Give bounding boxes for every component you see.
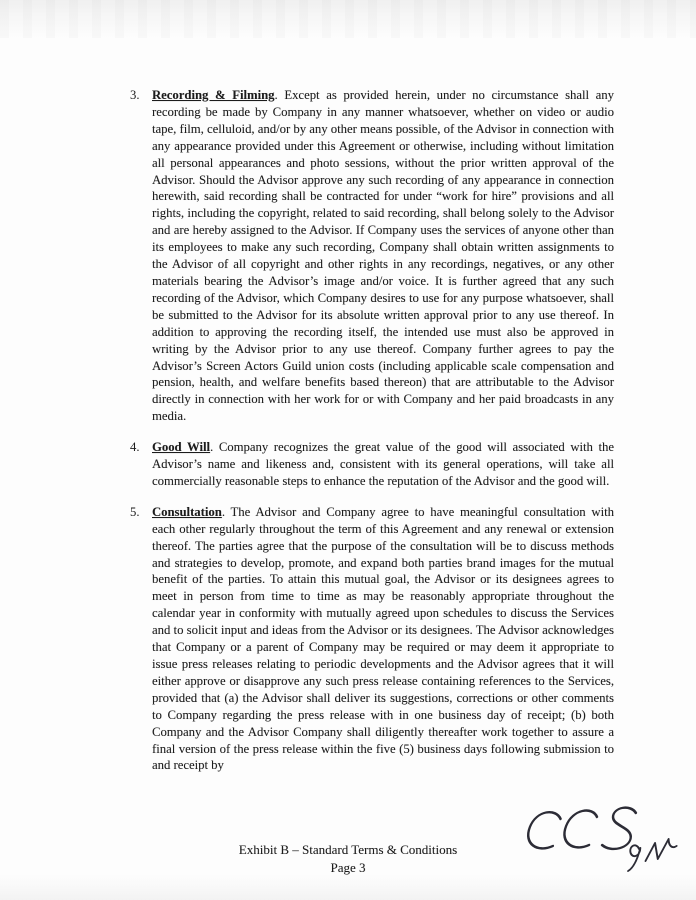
clause-text: Consultation. The Advisor and Company ag… bbox=[152, 504, 614, 775]
clause-number: 3. bbox=[130, 87, 140, 104]
clause-consultation: 5. Consultation. The Advisor and Company… bbox=[129, 504, 614, 775]
handwritten-mark-secondary bbox=[625, 829, 679, 877]
handwritten-initials-ccs bbox=[516, 803, 642, 863]
clause-number: 4. bbox=[130, 439, 140, 456]
clause-heading: Good Will bbox=[152, 440, 210, 454]
clause-body: . Except as provided herein, under no ci… bbox=[152, 88, 614, 423]
clause-good-will: 4. Good Will. Company recognizes the gre… bbox=[129, 439, 614, 490]
clause-number: 5. bbox=[130, 504, 140, 521]
clause-heading: Consultation bbox=[152, 505, 222, 519]
document-body: 3. Recording & Filming. Except as provid… bbox=[129, 87, 614, 788]
clause-heading: Recording & Filming bbox=[152, 88, 275, 102]
clause-text: Good Will. Company recognizes the great … bbox=[152, 439, 614, 490]
clause-text: Recording & Filming. Except as provided … bbox=[152, 87, 614, 425]
scan-noise-top bbox=[0, 0, 696, 38]
clause-body: . The Advisor and Company agree to have … bbox=[152, 505, 614, 773]
scan-noise-bottom bbox=[0, 874, 696, 900]
clause-body: . Company recognizes the great value of … bbox=[152, 440, 614, 488]
scanned-document-page: 3. Recording & Filming. Except as provid… bbox=[0, 0, 696, 900]
clause-recording-filming: 3. Recording & Filming. Except as provid… bbox=[129, 87, 614, 425]
